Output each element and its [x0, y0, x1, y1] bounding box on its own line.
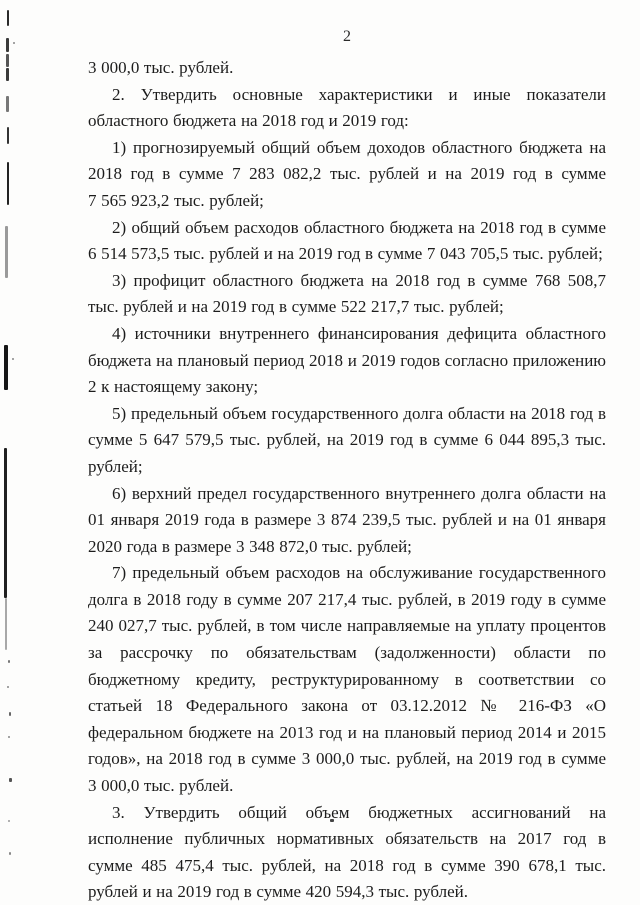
scan-artifact — [9, 778, 12, 782]
paragraph: 5) предельный объем государственного дол… — [88, 401, 606, 481]
paragraph: 3. Утвердить общий объем бюджетных ассиг… — [88, 800, 606, 905]
scan-artifact — [8, 820, 10, 822]
scan-artifact — [9, 712, 11, 716]
scan-artifact — [6, 68, 9, 81]
document-body: 3 000,0 тыс. рублей.2. Утвердить основны… — [88, 55, 606, 905]
scan-artifact — [6, 96, 9, 112]
scan-artifact — [5, 226, 8, 278]
scan-artifact — [8, 736, 10, 738]
page-number: 2 — [88, 28, 606, 46]
scan-artifact — [5, 598, 7, 650]
scan-artifact — [7, 686, 9, 688]
scan-artifact — [9, 852, 11, 855]
paragraph: 2) общий объем расходов областного бюдже… — [88, 215, 606, 268]
scan-artifact — [12, 358, 14, 360]
paragraph: 3 000,0 тыс. рублей. — [88, 55, 606, 82]
paragraph: 6) верхний предел государственного внутр… — [88, 481, 606, 561]
scan-artifact — [13, 42, 15, 44]
scan-artifact — [6, 38, 9, 52]
scan-artifact — [8, 660, 10, 663]
scanned-document-page: 2 3 000,0 тыс. рублей.2. Утвердить основ… — [0, 0, 640, 905]
scan-artifact — [7, 10, 9, 26]
scan-artifact — [4, 448, 7, 598]
scan-artifact — [7, 162, 9, 205]
paragraph: 4) источники внутреннего финансирования … — [88, 321, 606, 401]
paragraph: 2. Утвердить основные характеристики и и… — [88, 82, 606, 135]
scan-artifact — [4, 345, 8, 390]
paragraph: 3) профицит областного бюджета на 2018 г… — [88, 268, 606, 321]
scan-artifact — [7, 127, 9, 144]
paragraph: 1) прогнозируемый общий объем доходов об… — [88, 135, 606, 215]
scan-artifact — [6, 54, 9, 67]
paragraph: 7) предельный объем расходов на обслужив… — [88, 560, 606, 799]
